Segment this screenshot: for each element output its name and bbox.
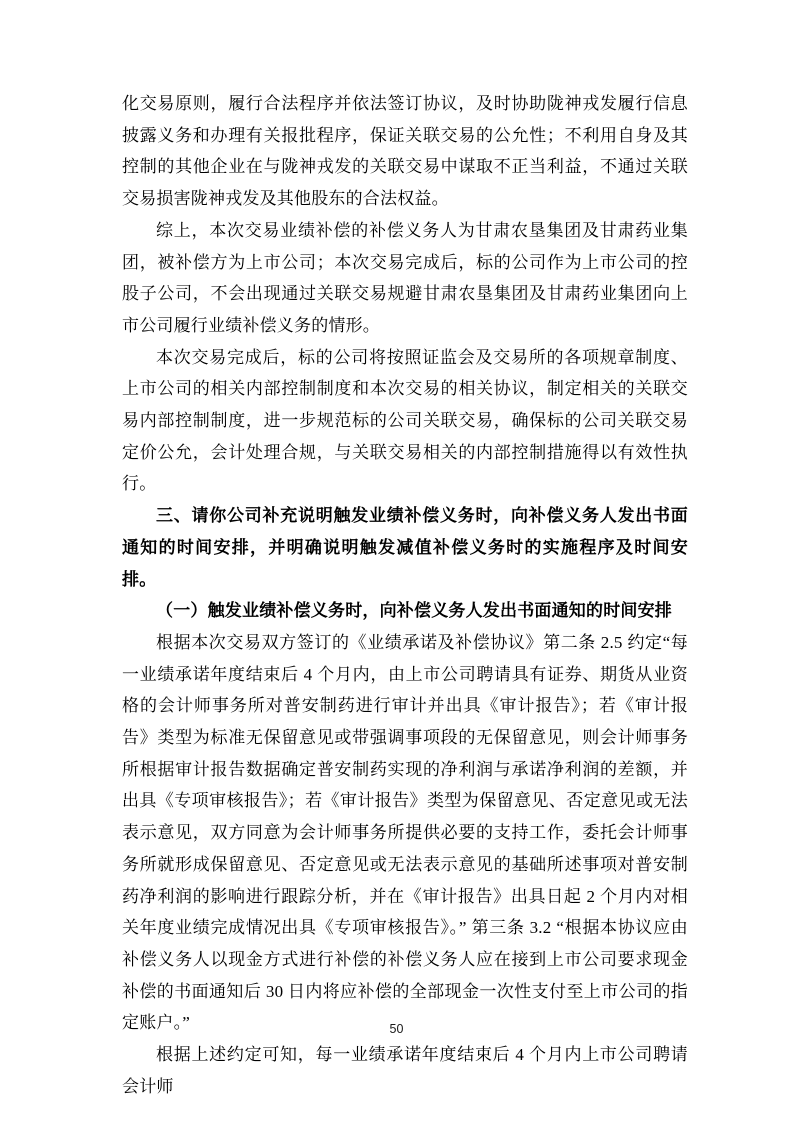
heading-section-three: 三、请你公司补充说明触发业绩补偿义务时，向补偿义务人发出书面通知的时间安排，并明… <box>122 500 688 595</box>
page-number: 50 <box>0 1022 793 1036</box>
document-page: 化交易原则，履行合法程序并依法签订协议，及时协助陇神戎发履行信息披露义务和办理有… <box>0 0 793 1122</box>
subheading-section-three-part-one: （一）触发业绩补偿义务时，向补偿义务人发出书面通知的时间安排 <box>122 595 688 627</box>
paragraph-internal-control-measures: 本次交易完成后，标的公司将按照证监会及交易所的各项规章制度、上市公司的相关内部控… <box>122 342 688 501</box>
paragraph-conclusion-partial: 根据上述约定可知，每一业绩承诺年度结束后 4 个月内上市公司聘请会计师 <box>122 1039 688 1102</box>
paragraph-continuation-related-transactions: 化交易原则，履行合法程序并依法签订协议，及时协助陇神戎发履行信息披露义务和办理有… <box>122 88 688 215</box>
document-body: 化交易原则，履行合法程序并依法签订协议，及时协助陇神戎发履行信息披露义务和办理有… <box>122 88 688 1103</box>
paragraph-summary-compensation-obligors: 综上，本次交易业绩补偿的补偿义务人为甘肃农垦集团及甘肃药业集团，被补偿方为上市公… <box>122 215 688 342</box>
paragraph-agreement-terms: 根据本次交易双方签订的《业绩承诺及补偿协议》第二条 2.5 约定“每一业绩承诺年… <box>122 627 688 1039</box>
